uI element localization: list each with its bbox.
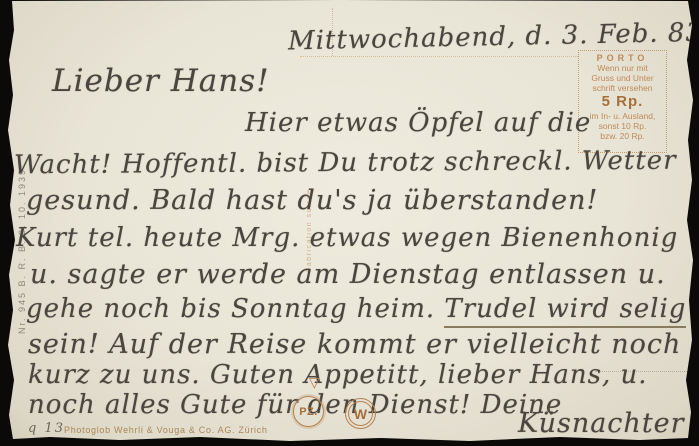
handwritten-salutation: Lieber Hans!	[52, 66, 270, 97]
porto-condition-line: Gruss und Unter	[579, 73, 666, 83]
porto-condition-line: schrift versehen	[579, 83, 666, 93]
porto-rate-box: PORTO Wenn nur mit Gruss und Unter schri…	[578, 50, 667, 153]
handwritten-line-start: gehe noch bis Sonntag heim.	[26, 294, 444, 324]
handwritten-line: gesund. Bald hast du's ja überstanden!	[26, 187, 598, 214]
w-printer-mark: W	[345, 398, 376, 429]
handwritten-line: u. sagte er werde am Dienstag entlassen …	[30, 261, 666, 288]
porto-detail-line: sonst 10 Rp.	[579, 121, 666, 131]
porto-detail-line: bzw. 20 Rp.	[579, 131, 666, 141]
porto-condition-line: Wenn nur mit	[579, 63, 666, 73]
pz-printer-mark: PZ.	[293, 396, 324, 427]
w-printer-mark-letter: W	[348, 401, 373, 426]
handwritten-line: gehe noch bis Sonntag heim. Trudel wird …	[26, 296, 686, 322]
dotted-guide-line	[300, 56, 578, 57]
printer-triangle-mark: ▽	[309, 376, 320, 390]
footer-plate-code: q 13	[28, 421, 65, 436]
handwritten-signature: Küsnachter	[518, 410, 685, 437]
underlined-phrase: Trudel wird selig	[444, 294, 686, 328]
handwritten-line: Hier etwas Öpfel auf die	[245, 110, 591, 136]
porto-detail-line: im In- u. Ausland,	[579, 111, 666, 121]
porto-rate: 5 Rp.	[579, 93, 666, 111]
handwritten-line: Wacht! Hoffentl. bist Du trotz schreckl.…	[14, 148, 677, 179]
handwritten-line: sein! Auf der Reise kommt er vielleicht …	[28, 331, 681, 358]
porto-title: PORTO	[579, 53, 666, 63]
handwritten-line: kurz zu uns. Guten Appetitt, lieber Hans…	[28, 362, 648, 388]
footer-publisher: Photoglob Wehrli & Vouga & Co. AG. Züric…	[64, 425, 268, 435]
handwritten-line: Kurt tel. heute Mrg. etwas wegen Bienenh…	[16, 225, 678, 251]
postcard-paper: PORTO Wenn nur mit Gruss und Unter schri…	[0, 0, 699, 446]
